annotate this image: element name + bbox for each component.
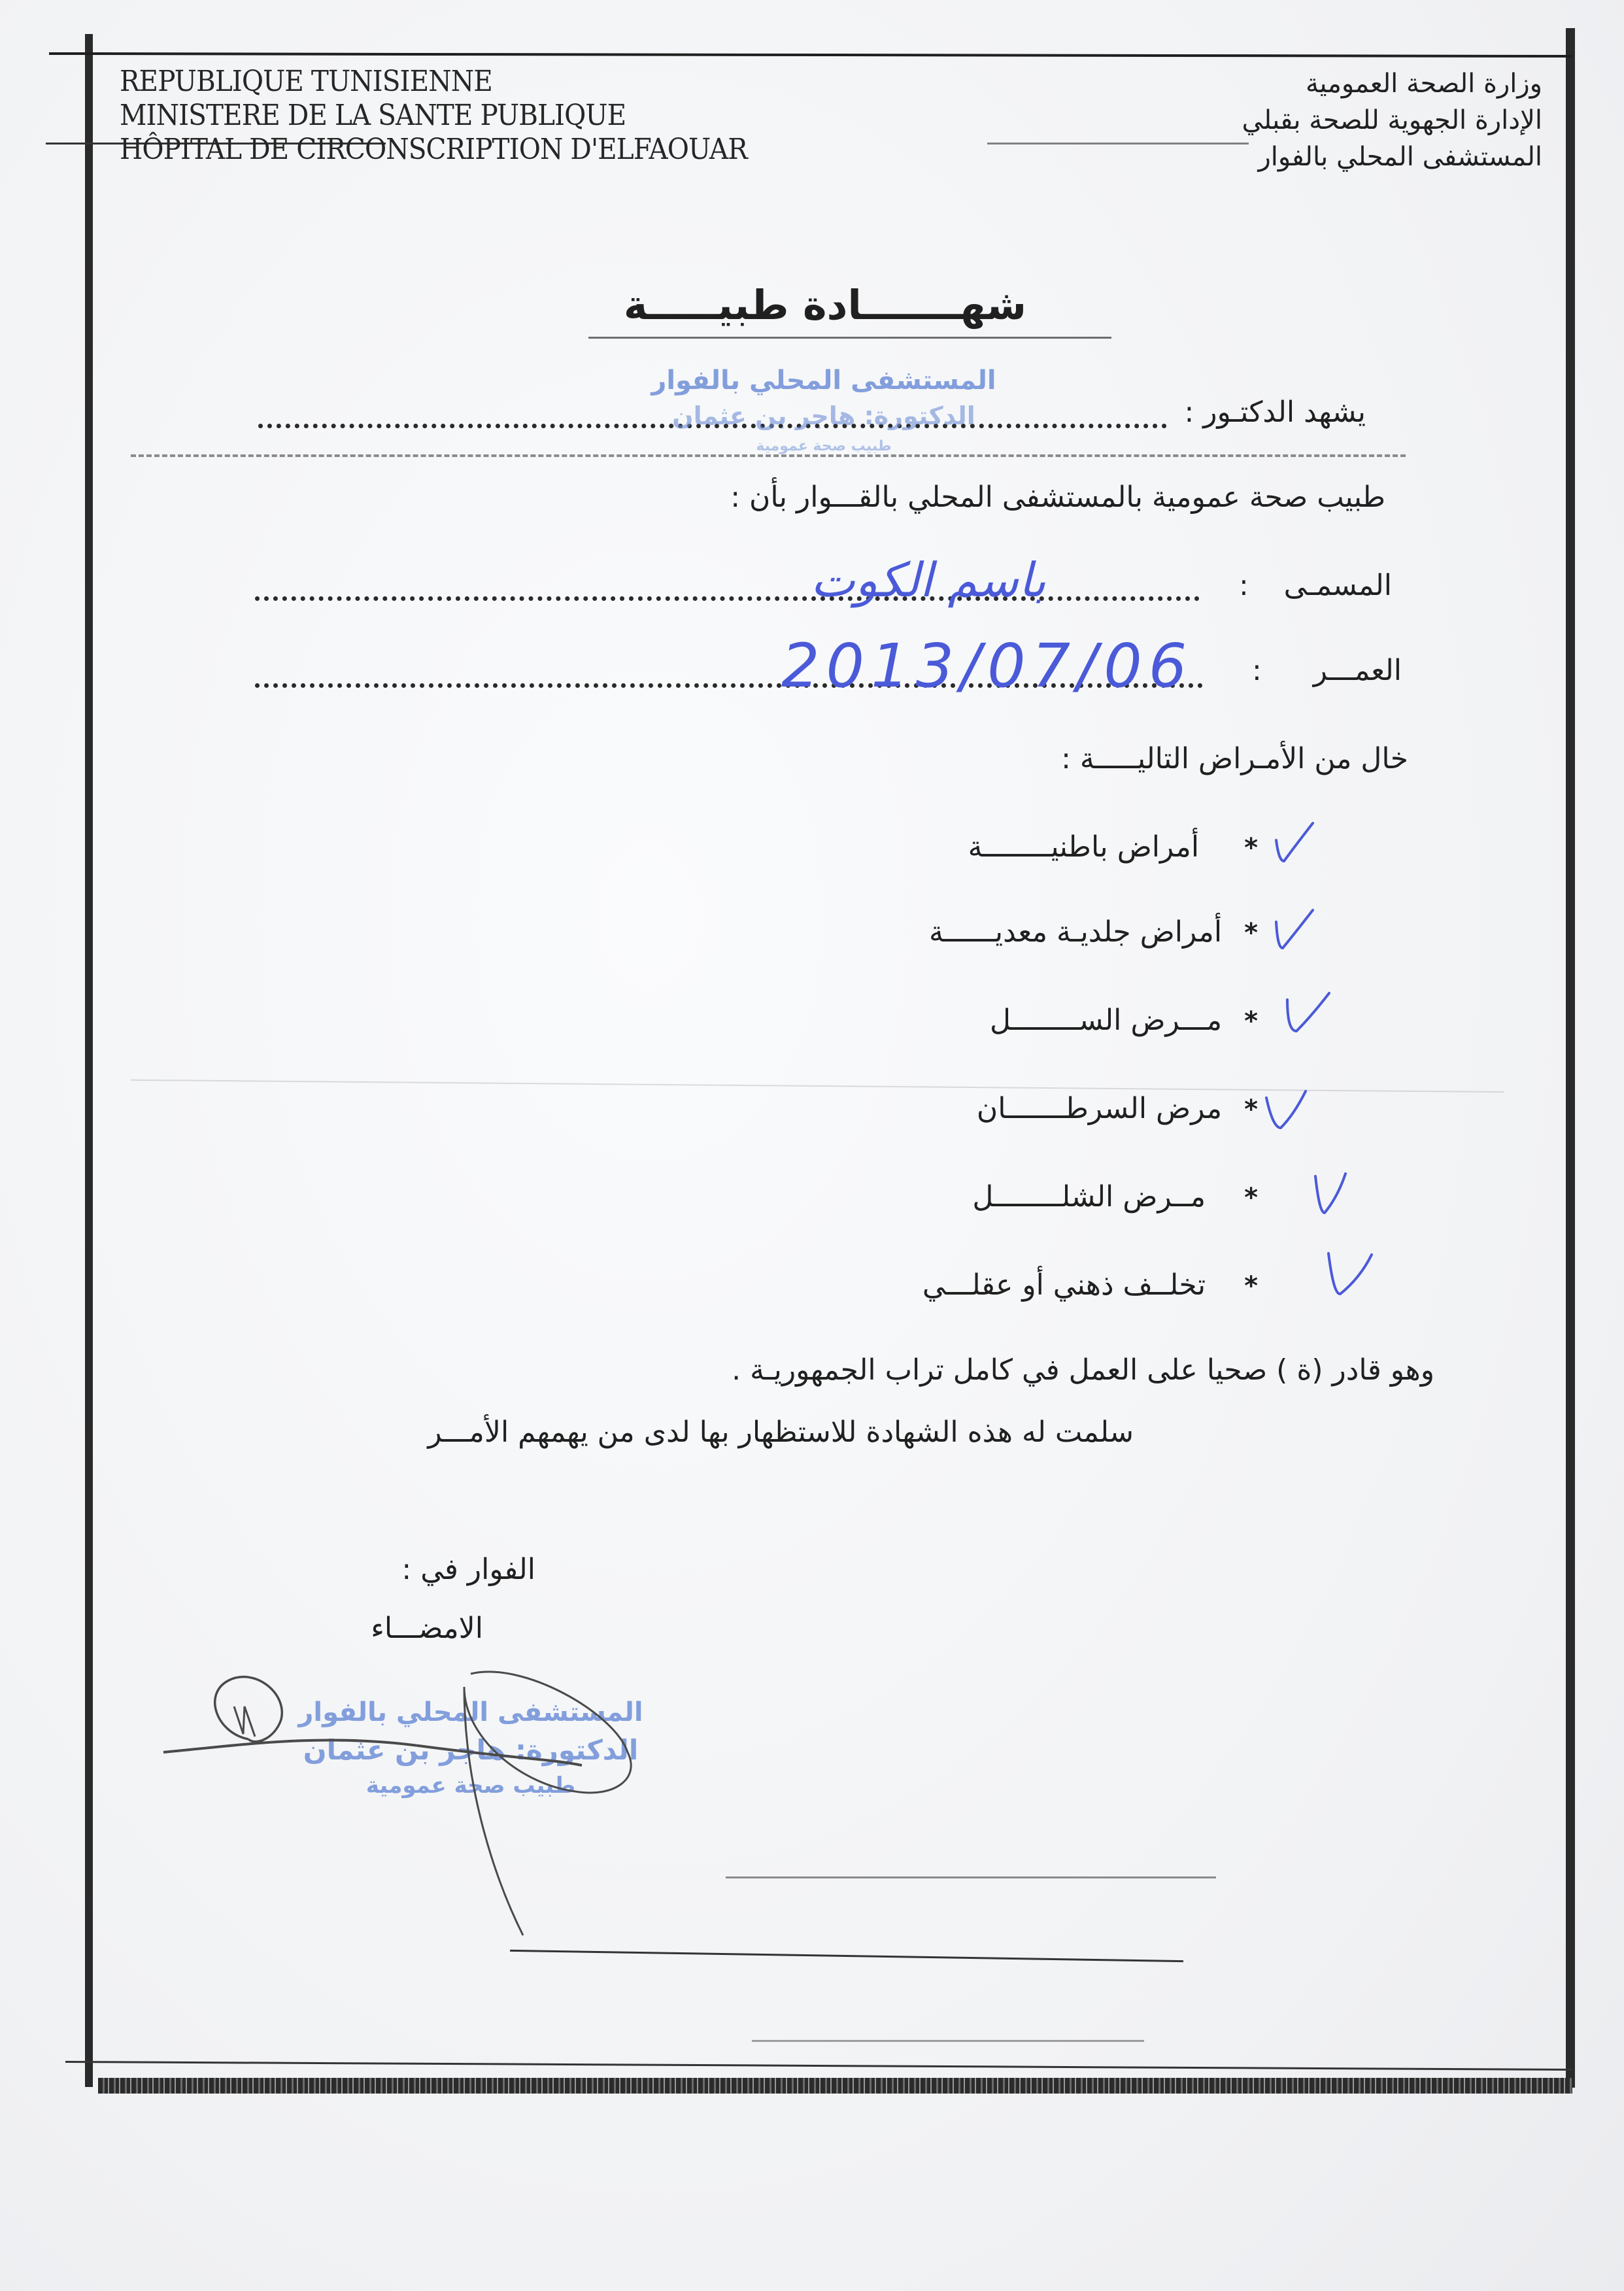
checkmark-icon[interactable] — [1314, 1174, 1350, 1216]
blank-line — [752, 2040, 1144, 2042]
header-top-rule — [49, 52, 1572, 58]
disease-item-paralysis: * مــرض الشلــــــــل — [972, 1180, 1258, 1213]
left-border — [85, 34, 93, 2087]
disease-label: مــرض الشلــــــــل — [972, 1180, 1206, 1213]
checkmark-icon[interactable] — [1327, 1252, 1373, 1298]
blank-line — [510, 1950, 1183, 1962]
delivery-statement: سلمت له هذه الشهادة للاستظهار بها لدى من… — [428, 1416, 1134, 1449]
signature-label: الامضـــاء — [371, 1612, 483, 1645]
footer-rule — [65, 2061, 1572, 2071]
header-fr-ministry: MINISTERE DE LA SANTE PUBLIQUE — [120, 99, 626, 132]
right-border — [1566, 28, 1575, 2088]
checkmark-icon[interactable] — [1265, 1089, 1311, 1134]
blank-line — [726, 1876, 1216, 1878]
checkmark-icon[interactable] — [1285, 991, 1330, 1036]
fitness-statement: وهو قادر (ة ) صحيا على العمل في كامل ترا… — [732, 1353, 1434, 1387]
header-ar-regional: الإدارة الجهوية للصحة بقبلي — [1242, 103, 1542, 137]
role-line: طبيب صحة عمومية بالمستشفى المحلي بالقـــ… — [730, 481, 1385, 514]
doctor-stamp: المستشفى المحلي بالفوار الدكتورة: هاجر ب… — [647, 363, 1000, 460]
disease-item-mental-disability: * تخلــف ذهني أو عقلـــي — [922, 1268, 1258, 1302]
age-value[interactable]: 2013/07/06 — [781, 631, 1193, 701]
disease-label: تخلــف ذهني أو عقلـــي — [922, 1268, 1206, 1302]
doctor-label: يشهد الدكتـور : — [1185, 396, 1366, 429]
document-page: REPUBLIQUE TUNISIENNE MINISTERE DE LA SA… — [0, 0, 1624, 2291]
doctor-underline — [131, 454, 1406, 457]
certificate-title: شهـــــــادة طبيـــــة — [654, 281, 1026, 329]
disease-label: أمراض جلديـة معديــــــة — [929, 915, 1222, 949]
footer-band — [98, 2078, 1572, 2094]
diseases-heading: خال من الأمـراض التاليـــــة : — [1061, 742, 1408, 775]
disease-label: مرض السرطـــــــان — [977, 1092, 1222, 1125]
bullet-asterisk-icon: * — [1244, 1095, 1258, 1125]
header-ar-ministry: وزارة الصحة العمومية — [1306, 67, 1542, 101]
age-separator: : — [1252, 654, 1262, 687]
header-right-rule — [987, 143, 1249, 144]
bullet-asterisk-icon: * — [1244, 918, 1258, 948]
bullet-asterisk-icon: * — [1244, 1271, 1258, 1301]
doctor-stamp-line1: المستشفى المحلي بالفوار — [647, 363, 1000, 398]
header-ar-local-hospital: المستشفى المحلي بالفوار — [1258, 140, 1542, 174]
header-fr-hospital: HÔPITAL DE CIRCONSCRIPTION D'ELFAOUAR — [120, 133, 747, 166]
bullet-asterisk-icon: * — [1244, 833, 1258, 863]
disease-label: مـــرض الســــــــل — [990, 1004, 1222, 1037]
checkmark-icon[interactable] — [1275, 821, 1314, 866]
bullet-asterisk-icon: * — [1244, 1006, 1258, 1036]
bullet-asterisk-icon: * — [1244, 1183, 1258, 1213]
disease-item-cancer: * مرض السرطـــــــان — [977, 1092, 1258, 1125]
header-fr-republic: REPUBLIQUE TUNISIENNE — [120, 65, 492, 98]
doctor-stamp-line2: الدكتورة: هاجر بن عثمان — [647, 398, 1000, 433]
name-label: المسمـى — [1284, 569, 1392, 602]
age-label: العمـــر — [1313, 654, 1402, 687]
checkmark-icon[interactable] — [1275, 909, 1314, 955]
name-separator: : — [1239, 569, 1249, 602]
name-dotted-field[interactable] — [255, 596, 1200, 601]
handwritten-signature — [157, 1661, 680, 1948]
title-rule — [588, 337, 1111, 339]
disease-label: أمراض باطنيــــــــة — [968, 830, 1199, 864]
name-value[interactable]: باسم الكوت — [811, 552, 1046, 607]
disease-item-tuberculosis: * مـــرض الســــــــل — [990, 1004, 1258, 1037]
place-date-label: الفوار في : — [401, 1553, 535, 1586]
disease-item-skin: * أمراض جلديـة معديــــــة — [929, 915, 1258, 949]
disease-item-internal: * أمراض باطنيــــــــة — [968, 830, 1258, 864]
